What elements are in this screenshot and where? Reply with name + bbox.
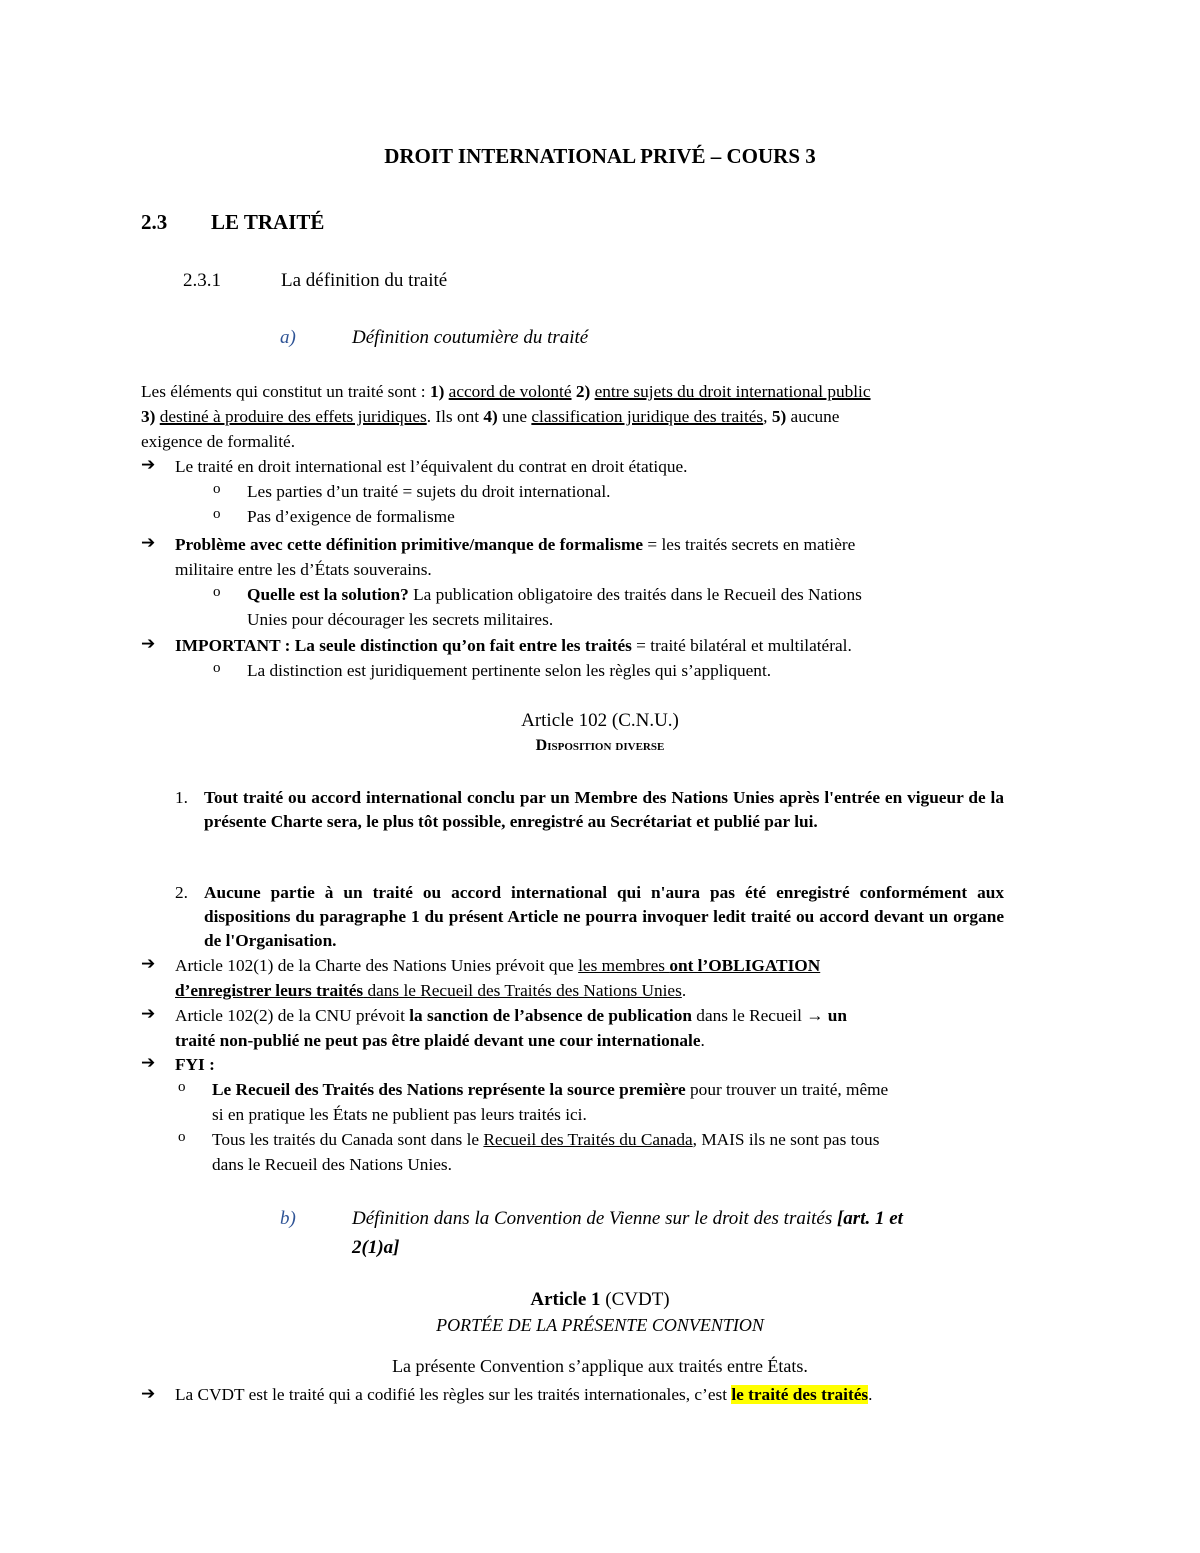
part-a-heading: a)Définition coutumière du traité	[280, 327, 588, 349]
arrow-item-4: Article 102(1) de la Charte des Nations …	[175, 953, 820, 978]
circle-bullet-icon: o	[213, 660, 221, 677]
part-b-title: Définition dans la Convention de Vienne …	[352, 1208, 837, 1229]
arrow-item-5-cont: traité non-publié ne peut pas être plaid…	[175, 1028, 705, 1053]
arrow-item-2-cont: militaire entre les d’États souverains.	[175, 557, 432, 582]
text: = traité bilatéral et multilatéral.	[632, 636, 852, 655]
sub-item-cont: Unies pour décourager les secrets milita…	[247, 607, 553, 632]
circle-bullet-icon: o	[213, 584, 221, 601]
underlined-text: entre sujets du droit international publ…	[595, 382, 871, 401]
number: 3)	[141, 407, 155, 426]
underlined-text: accord de volonté	[449, 382, 572, 401]
text: . Ils ont	[427, 407, 484, 426]
part-b-ref-cont: 2(1)a]	[352, 1237, 399, 1259]
subsection-heading: 2.3.1La définition du traité	[183, 270, 447, 292]
article-1-subtitle: PORTÉE DE LA PRÉSENTE CONVENTION	[0, 1315, 1200, 1336]
underlined-text: dans le Recueil des Traités des Nations …	[363, 981, 682, 1000]
text: .	[682, 981, 686, 1000]
text: = les traités secrets en matière	[643, 535, 855, 554]
arrow-bullet-icon: ➔	[141, 954, 155, 974]
highlighted-text: le traité des traités	[731, 1385, 868, 1404]
bold-text: Article 1	[530, 1289, 600, 1310]
arrow-item-7: La CVDT est le traité qui a codifié les …	[175, 1382, 872, 1407]
arrow-bullet-icon: ➔	[141, 455, 155, 475]
underlined-text: destiné à produire des effets juridiques	[160, 407, 427, 426]
circle-bullet-icon: o	[213, 506, 221, 523]
part-b-heading: b)Définition dans la Convention de Vienn…	[280, 1208, 903, 1230]
underlined-bold-text: d’enregistrer leurs traités	[175, 981, 363, 1000]
section-title: LE TRAITÉ	[211, 210, 324, 234]
bold-text: Le Recueil des Traités des Nations repré…	[212, 1080, 686, 1099]
arrow-item-3: IMPORTANT : La seule distinction qu’on f…	[175, 633, 852, 658]
circle-bullet-icon: o	[178, 1079, 186, 1096]
circle-bullet-icon: o	[213, 481, 221, 498]
text: Article 102(1) de la Charte des Nations …	[175, 956, 578, 975]
circle-bullet-icon: o	[178, 1129, 186, 1146]
text: La publication obligatoire des traités d…	[409, 585, 862, 604]
arrow-bullet-icon: ➔	[141, 1004, 155, 1024]
intro-line-1: Les éléments qui constitut un traité son…	[141, 379, 871, 404]
text: Les éléments qui constitut un traité son…	[141, 382, 430, 401]
article-1-title: Article 1 (CVDT)	[0, 1289, 1200, 1311]
part-b-ref: [art. 1 et	[837, 1208, 903, 1229]
sub-item: Quelle est la solution? La publication o…	[247, 582, 862, 607]
text: La CVDT est le traité qui a codifié les …	[175, 1385, 731, 1404]
article-102-p1-number: 1.	[175, 788, 188, 808]
section-number: 2.3	[141, 210, 211, 235]
fyi-label: FYI :	[175, 1052, 215, 1077]
part-b-label: b)	[280, 1208, 352, 1230]
text: Tous les traités du Canada sont dans le	[212, 1130, 483, 1149]
fyi-sub-2-cont: dans le Recueil des Nations Unies.	[212, 1152, 452, 1177]
document-page: DROIT INTERNATIONAL PRIVÉ – COURS 3 2.3L…	[0, 0, 1200, 1553]
number: 1)	[430, 382, 444, 401]
arrow-bullet-icon: ➔	[141, 1053, 155, 1073]
bold-text: un	[828, 1006, 847, 1025]
intro-line-3: exigence de formalité.	[141, 429, 295, 454]
fyi-sub-1-cont: si en pratique les États ne publient pas…	[212, 1102, 587, 1127]
bold-text: traité non-publié ne peut pas être plaid…	[175, 1031, 701, 1050]
number: 5)	[772, 407, 786, 426]
article-102-p2: Aucune partie à un traité ou accord inte…	[204, 881, 1004, 953]
bold-text: Quelle est la solution?	[247, 585, 409, 604]
fyi-sub-2: Tous les traités du Canada sont dans le …	[212, 1127, 879, 1152]
arrow-item-1: Le traité en droit international est l’é…	[175, 454, 688, 479]
arrow-item-5: Article 102(2) de la CNU prévoit la sanc…	[175, 1003, 847, 1028]
article-102-p2-number: 2.	[175, 883, 188, 903]
underlined-text: Recueil des Traités du Canada	[483, 1130, 692, 1149]
sub-item: Les parties d’un traité = sujets du droi…	[247, 479, 610, 504]
subsection-title: La définition du traité	[281, 270, 447, 291]
arrow-bullet-icon: ➔	[141, 634, 155, 654]
underlined-bold-text: ont l’OBLIGATION	[669, 956, 820, 975]
underlined-text: classification juridique des traités	[531, 407, 763, 426]
text: aucune	[786, 407, 839, 426]
number: 2)	[576, 382, 590, 401]
article-102-p1: Tout traité ou accord international conc…	[204, 786, 1004, 834]
text: une	[498, 407, 532, 426]
arrow-bullet-icon: ➔	[141, 533, 155, 553]
text: .	[701, 1031, 705, 1050]
part-a-label: a)	[280, 327, 352, 349]
bold-text: Problème avec cette définition primitive…	[175, 535, 643, 554]
text: .	[868, 1385, 872, 1404]
article-102-subtitle: Disposition diverse	[0, 737, 1200, 755]
text: , MAIS ils ne sont pas tous	[693, 1130, 880, 1149]
article-102-title: Article 102 (C.N.U.)	[0, 710, 1200, 732]
document-title: DROIT INTERNATIONAL PRIVÉ – COURS 3	[0, 144, 1200, 169]
sub-item: Pas d’exigence de formalisme	[247, 504, 455, 529]
text: ,	[763, 407, 772, 426]
bold-text: IMPORTANT : La seule distinction qu’on f…	[175, 636, 632, 655]
part-a-title: Définition coutumière du traité	[352, 327, 588, 348]
text: pour trouver un traité, même	[686, 1080, 889, 1099]
arrow-item-4-cont: d’enregistrer leurs traités dans le Recu…	[175, 978, 686, 1003]
bold-text: la sanction de l’absence de publication	[409, 1006, 692, 1025]
article-1-text: La présente Convention s’applique aux tr…	[0, 1356, 1200, 1377]
number: 4)	[483, 407, 497, 426]
section-heading: 2.3LE TRAITÉ	[141, 210, 324, 235]
intro-line-2: 3) destiné à produire des effets juridiq…	[141, 404, 839, 429]
text: (CVDT)	[601, 1289, 670, 1310]
sub-item: La distinction est juridiquement pertine…	[247, 658, 771, 683]
text: Article 102(2) de la CNU prévoit	[175, 1006, 409, 1025]
fyi-sub-1: Le Recueil des Traités des Nations repré…	[212, 1077, 888, 1102]
underlined-text: les membres	[578, 956, 669, 975]
arrow-item-2: Problème avec cette définition primitive…	[175, 532, 855, 557]
text: dans le Recueil →	[692, 1006, 828, 1025]
arrow-bullet-icon: ➔	[141, 1384, 155, 1404]
subsection-number: 2.3.1	[183, 270, 281, 292]
